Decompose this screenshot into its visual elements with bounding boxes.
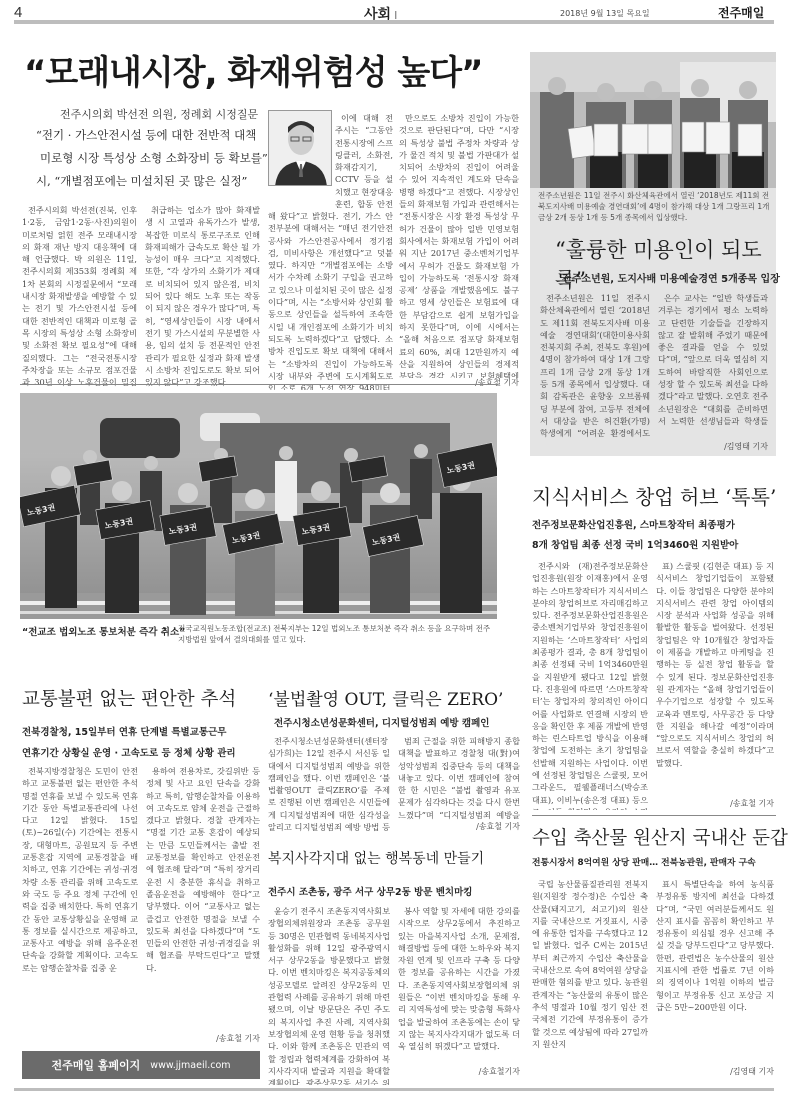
page-number: 4: [14, 4, 22, 21]
camera-column-2: 범죄 근절을 위한 피해방지 종합대책을 발표하고 경찰청 대(對)여성악성범죄…: [398, 735, 520, 821]
beauty-column-1: 전주소년원은 11일 전주시 화산체육관에서 열린 ‘2018년도 제11회 전…: [540, 292, 650, 442]
protest-crowd-image: 노동3권 노동3권 노동3권 노동3권 노동3권 노동3권 노동3권: [20, 393, 497, 619]
homepage-url[interactable]: www.jjmaeil.com: [150, 1060, 230, 1071]
livestock-column-1: 국립 농산물품질관리원 전북지원(지원장 정수정)은 수입산 축산물(돼지고기,…: [532, 878, 648, 1078]
chuseok-headline: 교통불편 없는 편안한 추석: [22, 685, 236, 711]
chuseok-subhead-1: 전북경찰청, 15일부터 연휴 단계별 특별교통근무: [22, 724, 226, 738]
person-icon: [269, 111, 332, 186]
portrait-photo: [268, 110, 332, 186]
protest-caption-text: 전국교직원노동조합(전교조) 전북지부는 12일 법외노조 통보처분 즉각 취소…: [178, 623, 496, 645]
lead-subhead-1: 전주시의회 박선전 의원, 정례회 시정질문: [60, 106, 258, 122]
lead-subhead-3: 미로형 시장 특성상 소형 소화장비 등 확보를”: [40, 150, 268, 166]
lead-column-1: 전주시의회 박선전(진북, 인후1·2동, 금암1·2동·사진)의원이 미로처럼…: [22, 204, 137, 388]
lead-headline: “모래내시장, 화재위험성 높다”: [24, 45, 482, 94]
lead-text-2: 취급하는 업소가 많아 화재발생 시 고열과 유독가스가 발생, 복잡한 미로식…: [145, 204, 260, 388]
welfare-subhead: 전주시 조촌동, 광주 서구 상무2동 방문 벤치마킹: [268, 884, 472, 898]
beauty-text-2: 은수 교사는 “일반 학생들과 겨루는 경기에서 평소 노력하고 단련한 기술들…: [658, 292, 768, 428]
welfare-column-2: 봉사 역할 및 자세에 대한 강의를 시작으로 상무2동에서 추진하고 있는 마…: [398, 905, 520, 1065]
section-divider-right: [532, 815, 776, 816]
camera-column-1: 전주시청소년성문화센터(센터장 심가희)는 12일 전주시 서신동 일대에서 디…: [268, 735, 390, 833]
livestock-column-2: 표시 특별단속을 하여 농식품 부정유통 방지에 최선을 다하겠다”며, “국민…: [656, 878, 774, 1066]
startup-text-2: 표) 스쿨핏 (김현준 대표) 등 지식서비스 창업기업들이 포함됐다. 이들 …: [656, 560, 774, 769]
welfare-headline: 복지사각지대 없는 행복동네 만들기: [268, 848, 484, 868]
lead-text-3b: 해 왔다”고 밝혔다. 전기, 가스 안전부분에 대해서는 “매년 전기안전공사…: [268, 210, 393, 390]
chuseok-column-1: 전북지방경찰청은 도민이 안전하고 교통불편 없는 편안한 추석명절 연휴를 보…: [22, 765, 138, 1045]
lead-column-4: 만으로도 소방차 진입이 가능한 것으로 판단된다”며, 다만 “시장의 특성상…: [399, 112, 519, 378]
camera-headline: ‘불법촬영 OUT, 클릭은 ZERO’: [268, 685, 503, 710]
protest-caption-title: “전교조 법외노조 통보처분 즉각 취소”: [22, 624, 185, 638]
camera-text-2: 범죄 근절을 위한 피해방지 종합대책을 발표하고 경찰청 대(對)여성악성범죄…: [398, 735, 520, 821]
chuseok-subhead-2: 연휴기간 상황실 운영 · 고속도로 등 정체 상황 관리: [22, 745, 236, 759]
footer-rule: [14, 1088, 774, 1091]
beauty-byline: /김영태 기자: [658, 441, 768, 452]
lead-text-1: 전주시의회 박선전(진북, 인후1·2동, 금암1·2동·사진)의원이 미로처럼…: [22, 204, 137, 388]
lead-subhead-4: 시, “개별점포에는 미설치된 곳 많은 실정”: [36, 173, 247, 189]
issue-date: 2018년 9월 13일 목요일: [560, 8, 650, 19]
section-divider: [20, 384, 498, 385]
lead-text-3: 이에 대해 전주시는 “그동안 전통시장에 스프링클러, 소화전, 화재감지기,…: [335, 112, 393, 210]
homepage-label: 전주매일 홈페이지: [51, 1057, 140, 1073]
startup-headline: 지식서비스 창업 허브 ‘톡톡’: [532, 481, 776, 510]
livestock-text-2: 표시 특별단속을 하여 농식품 부정유통 방지에 최선을 다하겠다”며, “국민…: [656, 878, 774, 1013]
startup-subhead-1: 전주정보문화산업진흥원, 스마트창작터 최종평가: [532, 517, 735, 531]
camera-subhead: 전주시청소년성문화센터, 디지털성범죄 예방 캠페인: [274, 715, 489, 729]
livestock-subhead: 전통시장서 8억여원 상당 판매… 전북농관원, 판매자 구속: [532, 855, 756, 868]
award-photo-caption: 전주소년원은 11일 전주시 화산체육관에서 열린 ‘2018년도 제11회 전…: [538, 190, 770, 223]
livestock-headline: 수입 축산물 원산지 국내산 둔갑: [532, 824, 788, 850]
startup-column-2: 표) 스쿨핏 (김현준 대표) 등 지식서비스 창업기업들이 포함됐다. 이들 …: [656, 560, 774, 800]
startup-column-1: 전주시와 (재)전주정보문화산업진흥원(원장 이재홍)에서 운영하는 스마트창작…: [532, 560, 648, 810]
chuseok-byline: /송효철 기자: [146, 1033, 260, 1044]
beauty-column-2: 은수 교사는 “일반 학생들과 겨루는 경기에서 평소 노력하고 단련한 기술들…: [658, 292, 768, 428]
welfare-text-1: 윤승기 전주시 조촌동지역사회보장협의체위원장과 조촌동 공무원 등 30명은 …: [268, 905, 390, 1085]
award-group-image: [530, 52, 776, 188]
welfare-column-1: 윤승기 전주시 조촌동지역사회보장협의체위원장과 조촌동 공무원 등 30명은 …: [268, 905, 390, 1085]
lead-byline: /송효철 기자: [399, 377, 519, 388]
newspaper-brand: 전주매일: [718, 4, 764, 21]
header-rule: [14, 20, 774, 24]
chuseok-column-2: 용하여 전용차로, 갓길위반 등 정체 및 사고 요인 단속을 강화하고 특히,…: [146, 765, 260, 1035]
startup-subhead-2: 8개 창업팀 최종 선정 국비 1억3460원 지원받아: [532, 537, 738, 551]
beauty-headline: “훌륭한 미용인이 되도록”: [555, 234, 788, 294]
protest-photo: 노동3권 노동3권 노동3권 노동3권 노동3권 노동3권 노동3권: [20, 393, 497, 619]
camera-text-1: 전주시청소년성문화센터(센터장 심가희)는 12일 전주시 서신동 일대에서 디…: [268, 735, 390, 833]
livestock-text-1: 국립 농산물품질관리원 전북지원(지원장 정수정)은 수입산 축산물(돼지고기,…: [532, 878, 648, 1050]
lead-text-4: 만으로도 소방차 진입이 가능한 것으로 판단된다”며, 다만 “시장의 특성상…: [399, 112, 519, 378]
lead-column-2: 취급하는 업소가 많아 화재발생 시 고열과 유독가스가 발생, 복잡한 미로식…: [145, 204, 260, 388]
startup-text-1: 전주시와 (재)전주정보문화산업진흥원(원장 이재홍)에서 운영하는 스마트창작…: [532, 560, 648, 810]
livestock-byline: /김영태 기자: [656, 1066, 774, 1077]
chuseok-text-1: 전북지방경찰청은 도민이 안전하고 교통불편 없는 편안한 추석명절 연휴를 보…: [22, 765, 138, 974]
beauty-subhead: 전주소년원, 도지사배 미용예술경연 5개종목 입장: [562, 270, 780, 285]
lead-column-3b: 해 왔다”고 밝혔다. 전기, 가스 안전부분에 대해서는 “매년 전기안전공사…: [268, 210, 393, 390]
camera-byline: /송효철 기자: [398, 821, 520, 832]
welfare-text-2: 봉사 역할 및 자세에 대한 강의를 시작으로 상무2동에서 추진하고 있는 마…: [398, 905, 520, 1053]
homepage-banner[interactable]: 전주매일 홈페이지 www.jjmaeil.com: [22, 1051, 260, 1079]
chuseok-text-2: 용하여 전용차로, 갓길위반 등 정체 및 사고 요인 단속을 강화하고 특히,…: [146, 765, 260, 974]
lead-column-3: 이에 대해 전주시는 “그동안 전통시장에 스프링클러, 소화전, 화재감지기,…: [335, 112, 393, 210]
startup-byline: /송효철 기자: [656, 798, 774, 809]
beauty-text-1: 전주소년원은 11일 전주시 화산체육관에서 열린 ‘2018년도 제11회 전…: [540, 292, 650, 442]
welfare-byline: /송효철기자: [398, 1066, 520, 1077]
lead-subhead-2: “전기 · 가스안전시설 등에 대한 전반적 대책: [36, 127, 256, 143]
award-photo: [530, 52, 776, 188]
